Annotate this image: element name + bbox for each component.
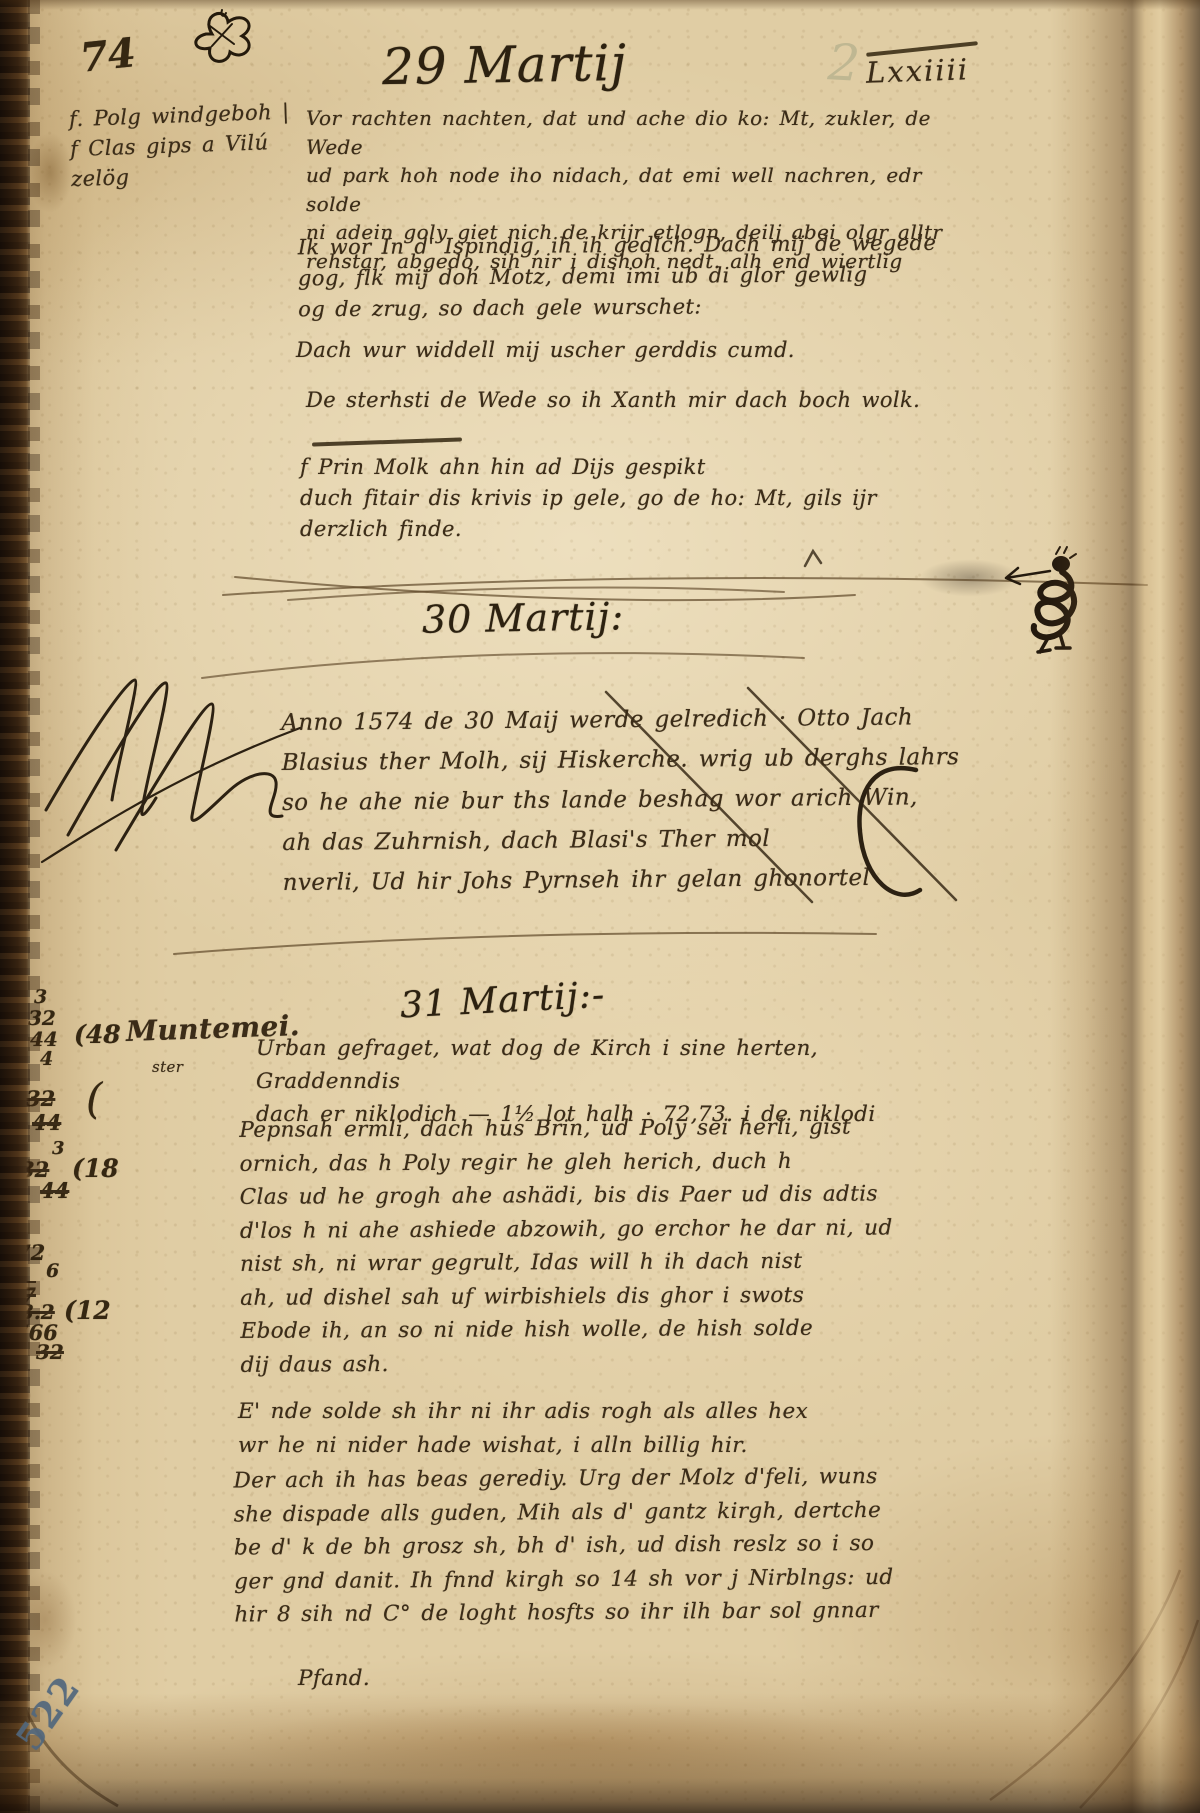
binding-torn-fibres (28, 0, 40, 1813)
section-heading-31-martij: 31 Martij:- (399, 975, 606, 1027)
calc-result: (48 (74, 1020, 121, 1049)
bottom-stain-band (120, 1688, 1020, 1800)
manuscript-page-scan: 2 74 29 Martij Lxxiiii f. Polg windgeboh… (0, 0, 1200, 1813)
calc-number: 3 (52, 1138, 65, 1159)
knot-doodle (182, 4, 264, 68)
pen-mark (802, 546, 826, 570)
calc-number-struck: 44 (40, 1178, 69, 1203)
calc-number-struck: 32 (36, 1340, 64, 1364)
calc-number: 6 (46, 1260, 59, 1282)
entry-29-paragraph-5: f Prin Molk ahn hin ad Dijs gespikt duch… (300, 452, 960, 545)
entry-29-paragraph-4: De sterhsti de Wede so ih Xanth mir dach… (306, 388, 920, 412)
entry-29-paragraph-2: Ik wor In d' Ispindig, ih ih gedlch. Dac… (298, 228, 959, 326)
calc-brace: ( (86, 1074, 102, 1123)
section-heading-30-martij: 30 Martij: (422, 594, 625, 642)
bleedthrough-mark: 2 (827, 33, 862, 93)
folio-number: Lxxiiii (865, 52, 969, 90)
calc-number-struck: 44 (32, 1110, 61, 1135)
right-page-curl-edge (1050, 0, 1200, 1813)
calc-result: (18 (72, 1154, 119, 1183)
calc-number: 72 (16, 1240, 45, 1265)
entry-31-paragraph-4-end: Pfand. (298, 1666, 370, 1691)
old-page-number: 74 (78, 29, 138, 82)
top-page-edge (0, 0, 1200, 10)
pen-flourish (38, 648, 308, 868)
calc-number-struck: 32 (26, 1086, 55, 1111)
section-heading-29-martij: 29 Martij (382, 34, 628, 96)
entry-31-paragraph-3: E' nde solde sh ihr ni ihr adis rogh als… (238, 1395, 938, 1463)
calc-result: (12 (64, 1296, 111, 1325)
entry-31-paragraph-4: Der ach ih has beas gerediy. Urg der Mol… (233, 1460, 944, 1632)
paragraph-end-hook (850, 758, 930, 910)
calc-number: 4 (40, 1048, 53, 1070)
calc-number: 3 (34, 986, 47, 1008)
mint-master-label-2: ster (152, 1058, 183, 1076)
small-spot (18, 1388, 33, 1403)
dragon-serpent-doodle (998, 538, 1113, 666)
separator-arc-below-anno (168, 922, 883, 958)
book-binding-edge (0, 0, 30, 1813)
short-divider-rule (312, 437, 462, 446)
bottom-right-curl-creases (930, 1560, 1200, 1813)
margin-note: f. Polg windgeboh | f Clas gips a Vilú z… (69, 96, 312, 194)
entry-31-paragraph-2: Pepnsah ermli, dach hus Brin, ud Poly se… (239, 1110, 940, 1382)
entry-29-paragraph-3: Dach wur widdell mij uscher gerddis cumd… (296, 338, 795, 362)
